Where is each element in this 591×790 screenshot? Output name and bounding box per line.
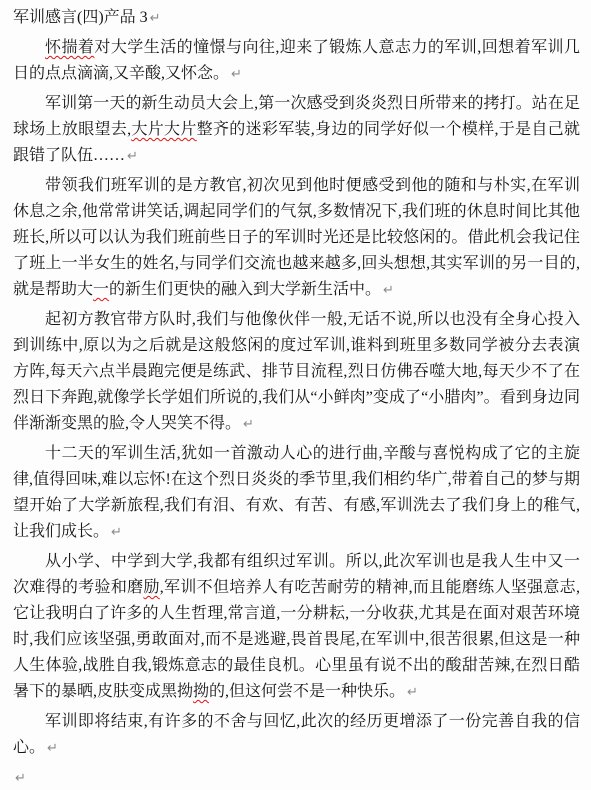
paragraph: 带领我们班军训的是方教官,初次见到他时便感受到他的随和与朴实,在军训休息之余,他… xyxy=(13,173,580,304)
misspelled-text: 拗 xyxy=(193,683,209,700)
paragraph-mark-icon: ↵ xyxy=(45,741,58,756)
paragraph: 怀揣着对大学生活的憧憬与向往,迎来了锻炼人意志力的军训,回想着军训几日的点点滴滴… xyxy=(13,35,580,88)
paragraph-mark-icon: ↵ xyxy=(13,771,26,786)
paragraph: ↵ xyxy=(13,765,580,790)
text-run: 对大学生活的憧憬与向往,迎来了锻炼人意志力的军训,回想着军训几日的点点滴滴,又辛… xyxy=(13,39,580,82)
text-run: 的新生们更快的融入到大学新生活中。 xyxy=(109,281,381,298)
document-title: 军训感言(四)产品 3↵ xyxy=(13,5,580,32)
document-page: 军训感言(四)产品 3↵怀揣着对大学生活的憧憬与向往,迎来了锻炼人意志力的军训,… xyxy=(0,0,591,790)
paragraph: 起初方教官带方队时,我们与他像伙伴一般,无话不说,所以也没有全身心投入到训练中,… xyxy=(13,307,580,438)
text-run: 起初方教官带方队时,我们与他像伙伴一般,无话不说,所以也没有全身心投入到训练中,… xyxy=(13,311,580,432)
misspelled-text: 励 xyxy=(143,579,159,596)
text-run: 军训感言(四)产品 3 xyxy=(13,9,148,26)
paragraph: 军训第一天的新生动员大会上,第一次感受到炎炎烈日所带来的拷打。站在足球场上放眼望… xyxy=(13,91,580,170)
misspelled-text: 一 xyxy=(93,281,109,298)
paragraph: 十二天的军训生活,犹如一首激动人心的进行曲,辛酸与喜悦构成了它的主旋律,值得回味… xyxy=(13,441,580,546)
paragraph: 军训即将结束,有许多的不舍与回忆,此次的经历更增添了一份完善自我的信心。↵ xyxy=(13,709,580,762)
text-run: 十二天的军训生活,犹如一首激动人心的进行曲,辛酸与喜悦构成了它的主旋律,值得回味… xyxy=(13,445,580,540)
paragraph-mark-icon: ↵ xyxy=(229,67,242,82)
text-run: ,军训不但培养人有吃苦耐劳的精神,而且能磨练人坚强意志,它让我明白了许多的人生哲… xyxy=(13,579,580,700)
paragraph-mark-icon: ↵ xyxy=(405,685,418,700)
paragraph-mark-icon: ↵ xyxy=(109,525,122,540)
paragraph-mark-icon: ↵ xyxy=(125,149,138,164)
paragraph-mark-icon: ↵ xyxy=(148,11,161,26)
text-run: 军训即将结束,有许多的不舍与回忆,此次的经历更增添了一份完善自我的信心。 xyxy=(13,713,580,756)
paragraph-mark-icon: ↵ xyxy=(241,417,254,432)
misspelled-text: 怀揣着 xyxy=(45,39,94,56)
text-run: 的,但这何尝不是一种快乐。 xyxy=(209,683,405,700)
paragraph: 从小学、中学到大学,我都有组织过军训。所以,此次军训也是我人生中又一次难得的考验… xyxy=(13,549,580,706)
document-body: 军训感言(四)产品 3↵怀揣着对大学生活的憧憬与向往,迎来了锻炼人意志力的军训,… xyxy=(13,5,580,790)
text-run: 带领我们班军训的是方教官,初次见到他时便感受到他的随和与朴实,在军训休息之余,他… xyxy=(13,177,580,298)
misspelled-text: 大片大片 xyxy=(131,121,197,138)
paragraph-mark-icon: ↵ xyxy=(381,283,394,298)
